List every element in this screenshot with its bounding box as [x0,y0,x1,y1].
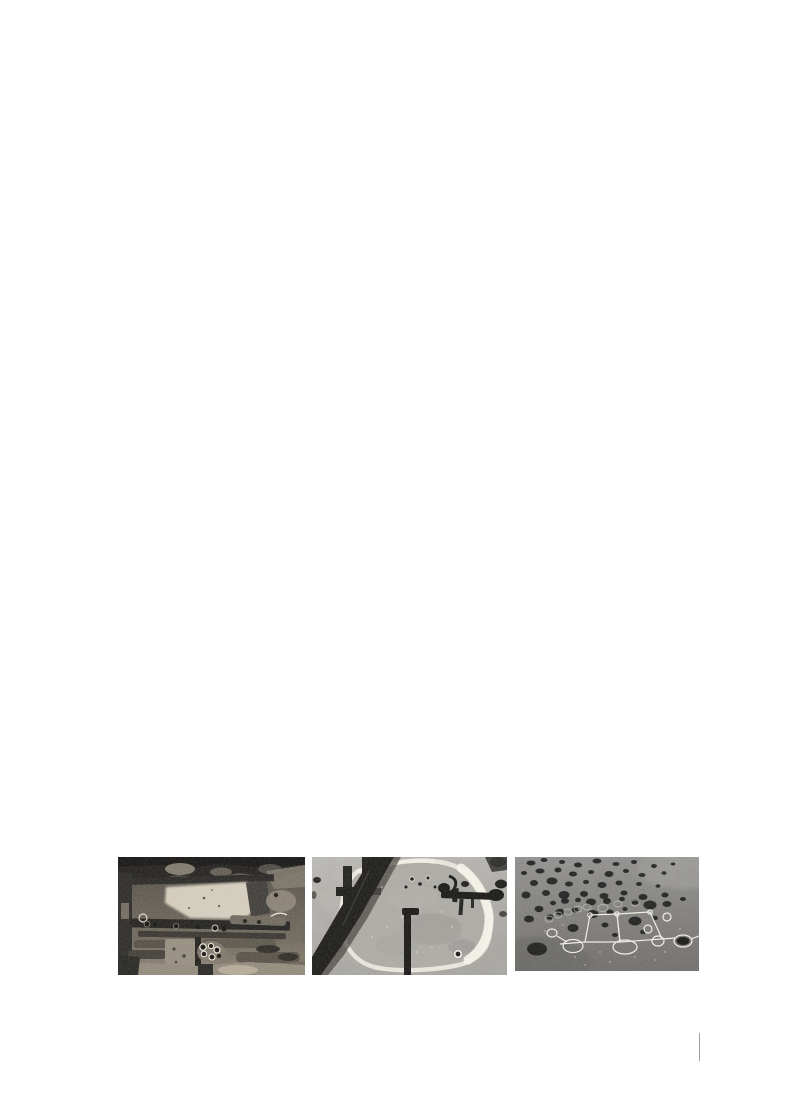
document-page [0,0,808,1106]
excavation-photo-3-graphic [515,857,699,971]
excavation-photo-2-graphic [312,857,507,975]
excavation-photo-2 [312,857,507,975]
page-footer-rule [699,1033,700,1061]
excavation-photo-1-graphic [118,857,305,975]
excavation-photo-3 [515,857,699,971]
figure-row [0,0,808,1106]
excavation-photo-1 [118,857,305,975]
